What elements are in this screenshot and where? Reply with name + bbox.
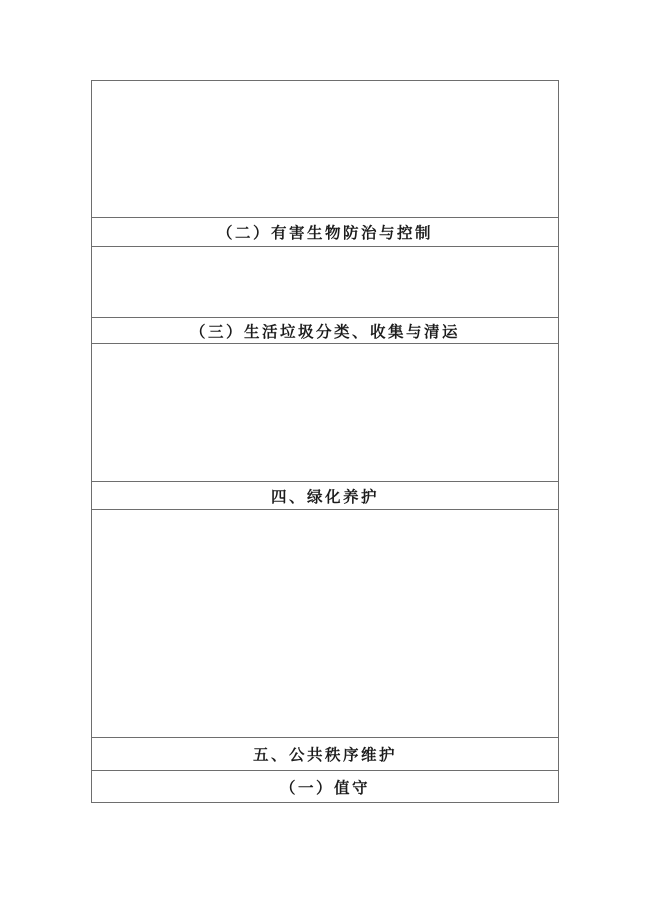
document-page: （二）有害生物防治与控制（三）生活垃圾分类、收集与清运四、绿化养护五、公共秩序维… [0,0,650,919]
items-row [92,81,558,218]
section-header-text: 四、绿化养护 [271,485,379,507]
items-row [92,344,558,482]
section-header-text: （一）值守 [280,776,370,798]
section-header-row: （一）值守 [92,771,558,802]
items-row [92,510,558,738]
service-items-table: （二）有害生物防治与控制（三）生活垃圾分类、收集与清运四、绿化养护五、公共秩序维… [91,80,559,803]
section-header-row: 四、绿化养护 [92,482,558,510]
section-header-text: （二）有害生物防治与控制 [217,221,433,243]
section-header-row: 五、公共秩序维护 [92,738,558,771]
section-header-text: 五、公共秩序维护 [253,743,397,765]
section-header-text: （三）生活垃圾分类、收集与清运 [190,320,460,342]
items-row [92,247,558,318]
section-header-row: （二）有害生物防治与控制 [92,218,558,247]
section-header-row: （三）生活垃圾分类、收集与清运 [92,318,558,344]
